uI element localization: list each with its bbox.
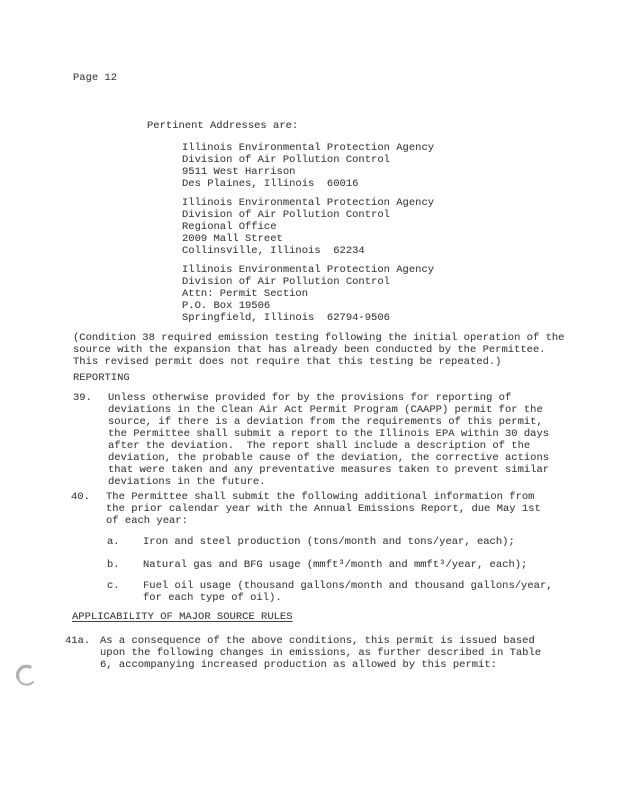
condition-40-number: 40.	[71, 491, 90, 503]
condition-41a-number: 41a.	[65, 635, 90, 647]
condition-39-number: 39.	[73, 392, 92, 404]
applicability-heading: APPLICABILITY OF MAJOR SOURCE RULES	[72, 611, 293, 623]
addresses-intro: Pertinent Addresses are:	[147, 120, 298, 132]
scanned-document-page: Page 12 Pertinent Addresses are: Illinoi…	[0, 0, 618, 800]
condition-39: 39. Unless otherwise provided for by the…	[0, 392, 618, 440]
subitem-a-text: Iron and steel production (tons/month an…	[143, 536, 515, 548]
address-block-springfield: Illinois Environmental Protection Agency…	[182, 264, 434, 324]
subitem-c-text: Fuel oil usage (thousand gallons/month a…	[143, 580, 553, 604]
condition-41a: 41a. As a consequence of the above condi…	[0, 635, 618, 683]
condition-41a-text: As a consequence of the above conditions…	[100, 635, 541, 671]
subitem-b-letter: b.	[107, 559, 120, 571]
condition-38-note: (Condition 38 required emission testing …	[73, 332, 564, 368]
reporting-heading: REPORTING	[73, 372, 130, 384]
address-block-collinsville: Illinois Environmental Protection Agency…	[182, 197, 434, 257]
subitem-b-text: Natural gas and BFG usage (mmft³/month a…	[143, 559, 527, 571]
page-number: Page 12	[73, 72, 117, 84]
address-block-des-plaines: Illinois Environmental Protection Agency…	[182, 142, 434, 190]
scan-crescent-artifact-icon	[12, 663, 42, 691]
condition-39-text: Unless otherwise provided for by the pro…	[108, 392, 549, 488]
subitem-c-letter: c.	[107, 580, 120, 592]
condition-40: 40. The Permittee shall submit the follo…	[0, 491, 618, 539]
subitem-a-letter: a.	[107, 536, 120, 548]
condition-40-text: The Permittee shall submit the following…	[106, 491, 541, 527]
